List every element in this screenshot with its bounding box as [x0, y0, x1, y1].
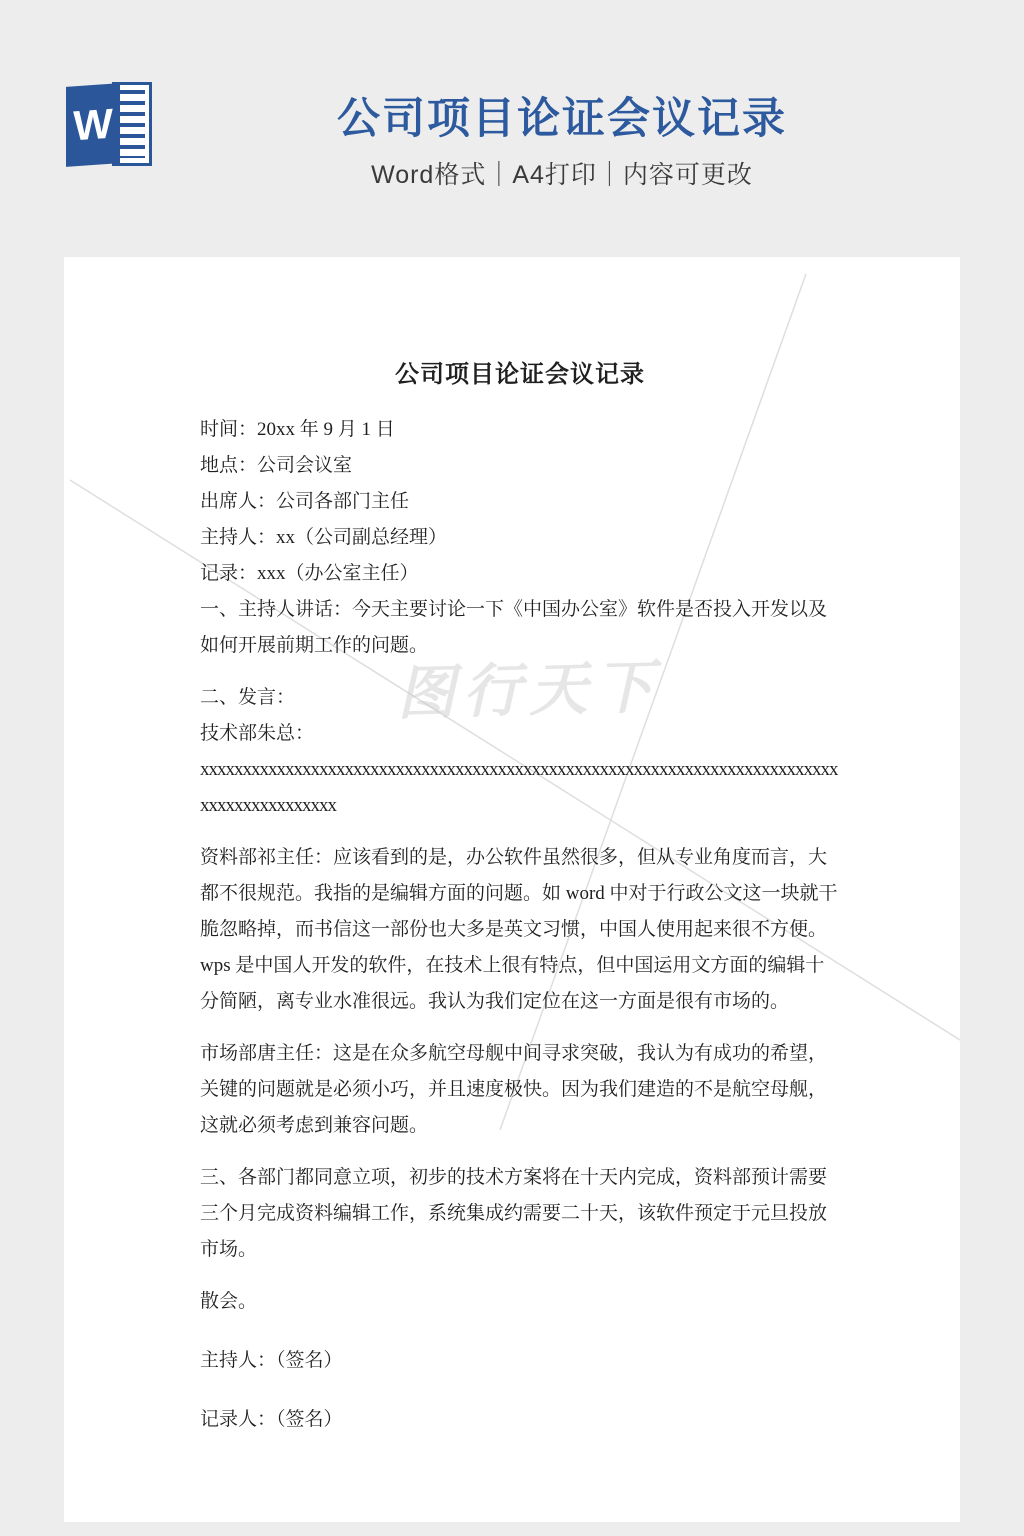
template-title: 公司项目论证会议记录 — [100, 96, 1024, 143]
paragraph-speeches-head: 二、发言： — [200, 680, 840, 716]
paragraph-tech-dept-head: 技术部朱总： — [200, 716, 840, 752]
document-page: 图行天下 公司项目论证会议记录 时间：20xx 年 9 月 1 日 地点：公司会… — [64, 257, 960, 1522]
meta-line-recorder: 记录：xxx（办公室主任） — [200, 556, 840, 592]
paragraph-host-speech: 一、主持人讲话：今天主要讨论一下《中国办公室》软件是否投入开发以及如何开展前期工… — [200, 592, 840, 664]
paragraph-data-dept: 资料部祁主任：应该看到的是，办公软件虽然很多，但从专业角度而言，大都不很规范。我… — [200, 840, 840, 1020]
preview-header: W 公司项目论证会议记录 Word格式｜A4打印｜内容可更改 — [0, 0, 1024, 257]
paragraph-adjourn: 散会。 — [200, 1284, 840, 1320]
paragraph-resolution: 三、各部门都同意立项，初步的技术方案将在十天内完成，资料部预计需要三个月完成资料… — [200, 1160, 840, 1268]
meta-line-host: 主持人：xx（公司副总经理） — [200, 520, 840, 556]
meta-line-place: 地点：公司会议室 — [200, 448, 840, 484]
paragraph-placeholder-x: xxxxxxxxxxxxxxxxxxxxxxxxxxxxxxxxxxxxxxxx… — [200, 752, 840, 824]
meta-line-attendees: 出席人：公司各部门主任 — [200, 484, 840, 520]
signature-host: 主持人：（签名） — [200, 1343, 840, 1379]
header-titles: 公司项目论证会议记录 Word格式｜A4打印｜内容可更改 — [100, 96, 1024, 191]
document-body: 时间：20xx 年 9 月 1 日 地点：公司会议室 出席人：公司各部门主任 主… — [200, 412, 840, 1438]
document-title: 公司项目论证会议记录 — [200, 357, 840, 393]
template-preview-page: { "header": { "icon_letter": "W", "title… — [0, 0, 1024, 1536]
paragraph-market-dept: 市场部唐主任：这是在众多航空母舰中间寻求突破，我认为有成功的希望，关键的问题就是… — [200, 1036, 840, 1144]
template-subtitle: Word格式｜A4打印｜内容可更改 — [100, 155, 1024, 191]
signature-recorder: 记录人：（签名） — [200, 1402, 840, 1438]
meta-line-time: 时间：20xx 年 9 月 1 日 — [200, 412, 840, 448]
